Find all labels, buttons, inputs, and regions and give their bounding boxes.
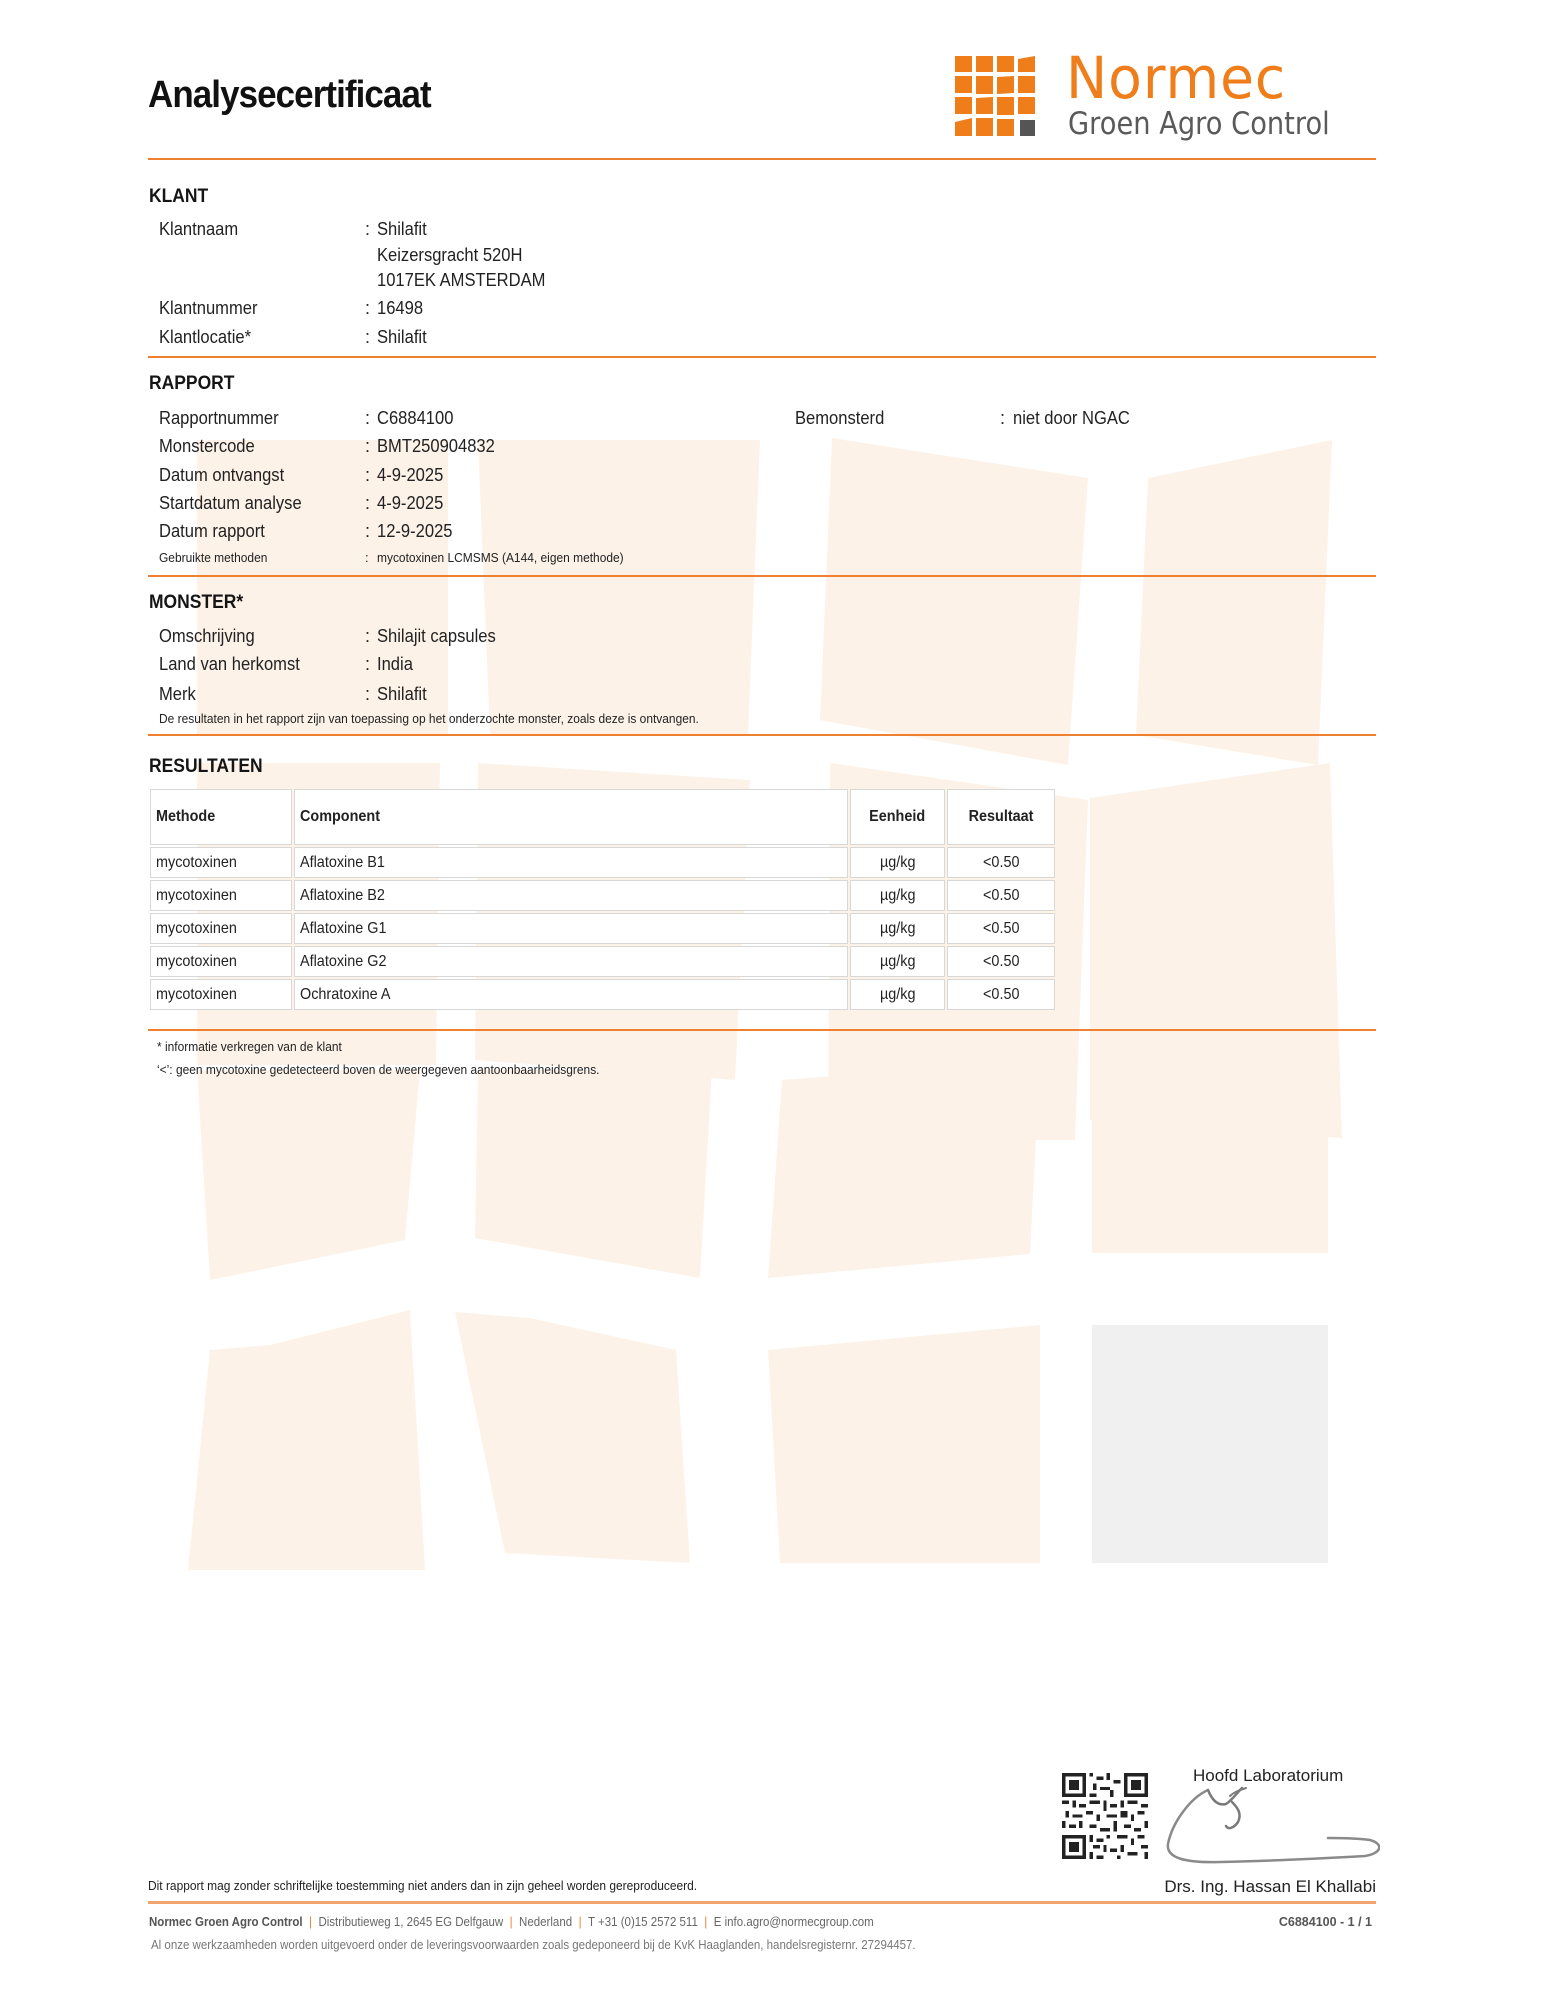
field-label: Bemonsterd [795, 408, 884, 429]
field-colon: : [365, 436, 370, 457]
field-colon: : [365, 521, 370, 542]
results-table: Methode Component Eenheid Resultaat myco… [148, 787, 1057, 1012]
field-label: Rapportnummer [159, 408, 279, 429]
section-title-klant: KLANT [149, 186, 208, 208]
column-header-component: Component [294, 789, 848, 845]
footer-terms: Al onze werkzaamheden worden uitgevoerd … [151, 1938, 916, 1952]
field-colon: : [1000, 408, 1005, 429]
column-header-resultaat: Resultaat [947, 789, 1055, 845]
column-header-eenheid: Eenheid [850, 789, 945, 845]
client-number: 16498 [377, 298, 423, 319]
brand-name: Normec [1066, 44, 1286, 112]
table-row: mycotoxinen Aflatoxine B2 µg/kg <0.50 [150, 880, 1055, 911]
cell-eenheid: µg/kg [850, 946, 945, 977]
cell-resultaat: <0.50 [947, 979, 1055, 1010]
qr-code-icon [1062, 1773, 1148, 1859]
footer-divider [148, 1901, 1376, 1904]
footer-country: Nederland [519, 1915, 572, 1929]
field-label: Land van herkomst [159, 654, 300, 675]
field-label: Gebruikte methoden [159, 550, 267, 565]
cell-eenheid: µg/kg [850, 847, 945, 878]
section-title-monster: MONSTER* [149, 592, 243, 614]
table-row: mycotoxinen Ochratoxine A µg/kg <0.50 [150, 979, 1055, 1010]
sampled-by: niet door NGAC [1013, 408, 1130, 429]
separator: | [579, 1915, 582, 1929]
column-header-methode: Methode [150, 789, 292, 845]
field-label: Datum rapport [159, 521, 265, 542]
field-colon: : [365, 465, 370, 486]
table-row: mycotoxinen Aflatoxine G2 µg/kg <0.50 [150, 946, 1055, 977]
section-title-rapport: RAPPORT [149, 373, 234, 395]
page-reference: C6884100 - 1 / 1 [1200, 1915, 1372, 1929]
table-row: mycotoxinen Aflatoxine G1 µg/kg <0.50 [150, 913, 1055, 944]
client-name: Shilafit [377, 219, 427, 240]
cell-methode: mycotoxinen [150, 946, 292, 977]
brand-subtitle: Groen Agro Control [1068, 106, 1330, 142]
divider [148, 158, 1376, 160]
document-title: Analysecertificaat [148, 74, 431, 117]
field-label: Merk [159, 684, 196, 705]
cell-resultaat: <0.50 [947, 913, 1055, 944]
cell-component: Aflatoxine B2 [294, 880, 848, 911]
field-label: Omschrijving [159, 626, 255, 647]
cell-eenheid: µg/kg [850, 979, 945, 1010]
divider [148, 1029, 1376, 1031]
cell-resultaat: <0.50 [947, 847, 1055, 878]
separator: | [510, 1915, 513, 1929]
field-colon: : [365, 219, 370, 240]
field-colon: : [365, 493, 370, 514]
field-colon: : [365, 327, 370, 348]
field-label: Datum ontvangst [159, 465, 284, 486]
client-address-city: 1017EK AMSTERDAM [377, 270, 545, 291]
cell-component: Aflatoxine G2 [294, 946, 848, 977]
client-address-street: Keizersgracht 520H [377, 245, 522, 266]
sample-note: De resultaten in het rapport zijn van to… [159, 711, 699, 726]
field-colon: : [365, 298, 370, 319]
methods-used: mycotoxinen LCMSMS (A144, eigen methode) [377, 550, 624, 565]
footnote-client-info: * informatie verkregen van de klant [157, 1039, 342, 1054]
field-colon: : [365, 684, 370, 705]
cell-methode: mycotoxinen [150, 913, 292, 944]
field-label: Klantlocatie* [159, 327, 251, 348]
footer-company: Normec Groen Agro Control [149, 1915, 303, 1929]
cell-component: Aflatoxine B1 [294, 847, 848, 878]
cell-resultaat: <0.50 [947, 946, 1055, 977]
client-location: Shilafit [377, 327, 427, 348]
sample-description: Shilajit capsules [377, 626, 496, 647]
divider [148, 734, 1376, 736]
field-label: Startdatum analyse [159, 493, 302, 514]
cell-methode: mycotoxinen [150, 880, 292, 911]
country-of-origin: India [377, 654, 413, 675]
cell-resultaat: <0.50 [947, 880, 1055, 911]
signatory-name: Drs. Ing. Hassan El Khallabi [1132, 1877, 1376, 1897]
field-label: Monstercode [159, 436, 255, 457]
footer-contact-line: Normec Groen Agro Control|Distributieweg… [149, 1915, 874, 1929]
section-title-resultaten: RESULTATEN [149, 756, 263, 778]
footer-phone: T +31 (0)15 2572 511 [588, 1915, 698, 1929]
divider [148, 356, 1376, 358]
table-row: mycotoxinen Aflatoxine B1 µg/kg <0.50 [150, 847, 1055, 878]
footer-address: Distributieweg 1, 2645 EG Delfgauw [318, 1915, 503, 1929]
sample-code: BMT250904832 [377, 436, 495, 457]
separator: | [704, 1915, 707, 1929]
normec-logo-icon [955, 56, 1037, 136]
report-date: 12-9-2025 [377, 521, 453, 542]
field-colon: : [365, 626, 370, 647]
cell-component: Ochratoxine A [294, 979, 848, 1010]
brand: Shilafit [377, 684, 427, 705]
field-colon: : [365, 550, 369, 565]
table-header-row: Methode Component Eenheid Resultaat [150, 789, 1055, 845]
separator: | [309, 1915, 312, 1929]
field-label: Klantnummer [159, 298, 257, 319]
field-colon: : [365, 654, 370, 675]
cell-methode: mycotoxinen [150, 847, 292, 878]
cell-methode: mycotoxinen [150, 979, 292, 1010]
reproduction-disclaimer: Dit rapport mag zonder schriftelijke toe… [148, 1878, 697, 1893]
cell-eenheid: µg/kg [850, 913, 945, 944]
report-number: C6884100 [377, 408, 453, 429]
footer-email[interactable]: E info.agro@normecgroup.com [714, 1915, 874, 1929]
field-label: Klantnaam [159, 219, 238, 240]
analysis-start-date: 4-9-2025 [377, 493, 443, 514]
cell-component: Aflatoxine G1 [294, 913, 848, 944]
divider [148, 575, 1376, 577]
field-colon: : [365, 408, 370, 429]
signature-icon [1160, 1778, 1380, 1868]
date-received: 4-9-2025 [377, 465, 443, 486]
cell-eenheid: µg/kg [850, 880, 945, 911]
footnote-detection-limit: ‘<’: geen mycotoxine gedetecteerd boven … [157, 1062, 600, 1077]
